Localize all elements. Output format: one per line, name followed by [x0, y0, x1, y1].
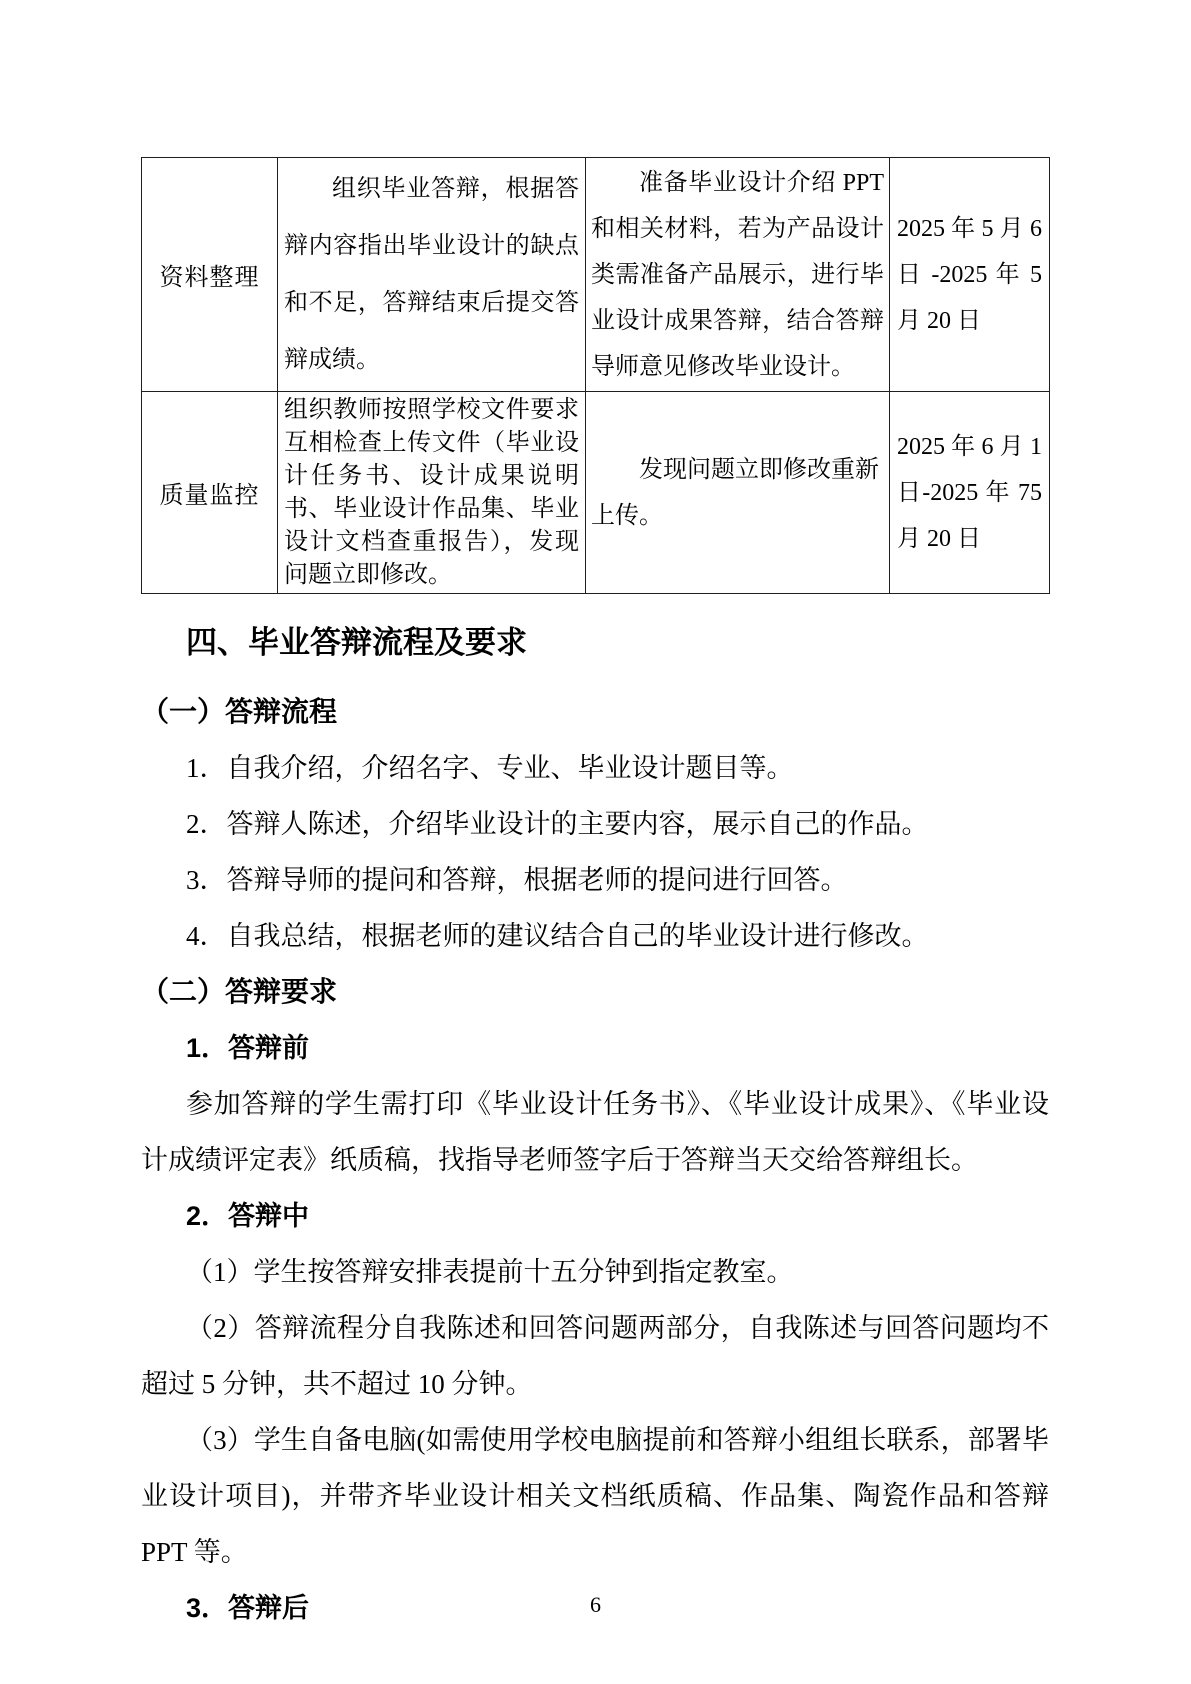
requirement-item: （2）答辩流程分自我陈述和回答问题两部分，自我陈述与回答问题均不超过 5 分钟，…: [141, 1300, 1049, 1412]
requirement-item: （1）学生按答辩安排表提前十五分钟到指定教室。: [141, 1244, 1049, 1300]
schedule-table: 资料整理 组织毕业答辩，根据答辩内容指出毕业设计的缺点和不足，答辩结束后提交答辩…: [141, 157, 1050, 594]
subsection-heading-requirements: （二）答辩要求: [141, 964, 1049, 1020]
page-content: 资料整理 组织毕业答辩，根据答辩内容指出毕业设计的缺点和不足，答辩结束后提交答辩…: [141, 157, 1049, 1636]
time-range-cell: 2025 年 6 月 1 日-2025 年 75 月 20 日: [890, 392, 1050, 594]
stage-cell: 资料整理: [142, 158, 278, 392]
flow-step: 1．自我介绍，介绍名字、专业、毕业设计题目等。: [141, 740, 1049, 796]
table-row: 资料整理 组织毕业答辩，根据答辩内容指出毕业设计的缺点和不足，答辩结束后提交答辩…: [142, 158, 1050, 392]
requirement-item: （3）学生自备电脑(如需使用学校电脑提前和答辩小组组长联系，部署毕业设计项目)，…: [141, 1412, 1049, 1580]
subsection-heading-flow: （一）答辩流程: [141, 684, 1049, 740]
flow-step: 3．答辩导师的提问和答辩，根据老师的提问进行回答。: [141, 852, 1049, 908]
section-heading: 四、毕业答辩流程及要求: [141, 608, 1049, 678]
page-number: 6: [0, 1592, 1191, 1618]
organizer-task-cell: 组织毕业答辩，根据答辩内容指出毕业设计的缺点和不足，答辩结束后提交答辩成绩。: [278, 158, 586, 392]
paragraph-before-defense: 参加答辩的学生需打印《毕业设计任务书》、《毕业设计成果》、《毕业设计成绩评定表》…: [141, 1076, 1049, 1188]
requirement-stage-heading-before: 1．答辩前: [141, 1020, 1049, 1076]
flow-step: 2．答辩人陈述，介绍毕业设计的主要内容，展示自己的作品。: [141, 796, 1049, 852]
student-task-cell: 准备毕业设计介绍 PPT 和相关材料，若为产品设计类需准备产品展示，进行毕业设计…: [586, 158, 890, 392]
requirement-stage-heading-during: 2．答辩中: [141, 1188, 1049, 1244]
table-row: 质量监控 组织教师按照学校文件要求互相检查上传文件（毕业设计任务书、设计成果说明…: [142, 392, 1050, 594]
flow-step: 4．自我总结，根据老师的建议结合自己的毕业设计进行修改。: [141, 908, 1049, 964]
time-range-cell: 2025 年 5 月 6 日 -2025 年 5 月 20 日: [890, 158, 1050, 392]
document-page: 资料整理 组织毕业答辩，根据答辩内容指出毕业设计的缺点和不足，答辩结束后提交答辩…: [0, 0, 1191, 1684]
student-task-cell: 发现问题立即修改重新上传。: [586, 392, 890, 594]
organizer-task-cell: 组织教师按照学校文件要求互相检查上传文件（毕业设计任务书、设计成果说明书、毕业设…: [278, 392, 586, 594]
stage-cell: 质量监控: [142, 392, 278, 594]
